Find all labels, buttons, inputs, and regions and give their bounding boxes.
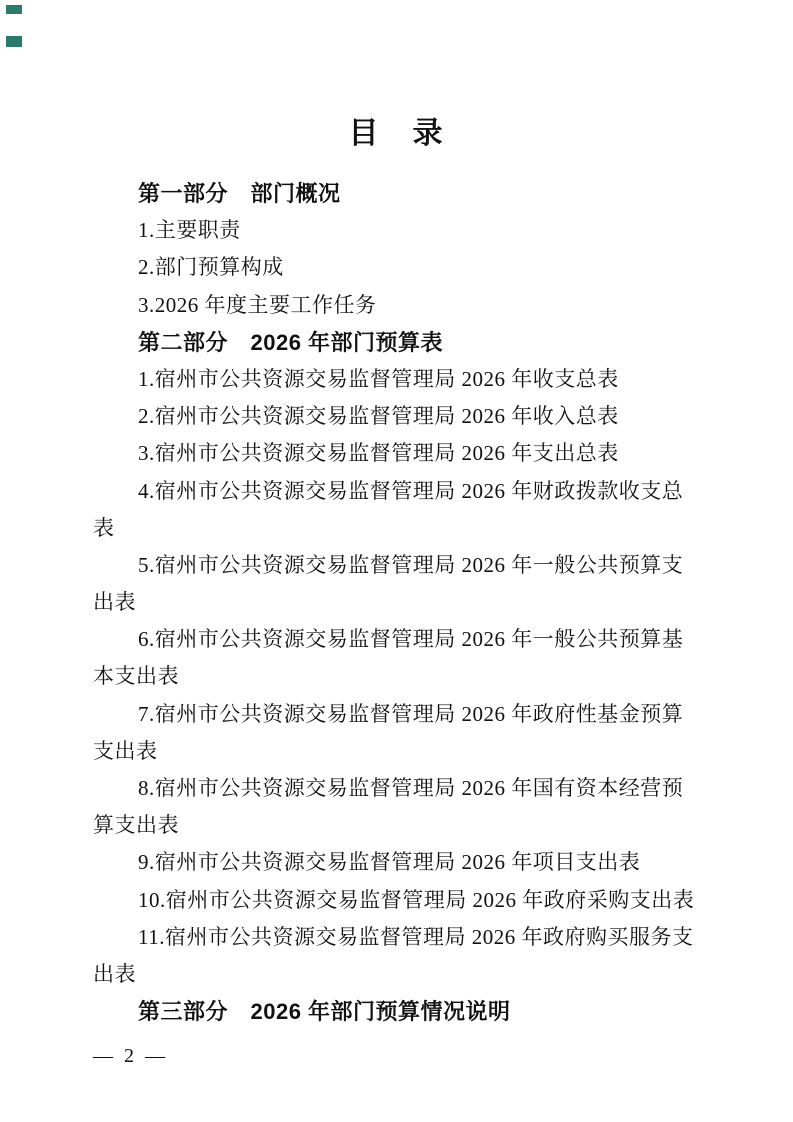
toc-content: 第一部分 部门概况 1.主要职责 2.部门预算构成 3.2026 年度主要工作任… [93,175,713,1030]
toc-entry-continuation: 算支出表 [93,807,713,844]
corner-mark [6,5,22,14]
toc-entry: 3.宿州市公共资源交易监督管理局 2026 年支出总表 [93,435,713,472]
toc-entry-continuation: 本支出表 [93,658,713,695]
toc-entry: 7.宿州市公共资源交易监督管理局 2026 年政府性基金预算 [93,696,713,733]
toc-section-heading: 第二部分 2026 年部门预算表 [93,324,713,361]
toc-entry-continuation: 表 [93,510,713,547]
toc-entry: 1.主要职责 [93,212,713,249]
toc-entry: 5.宿州市公共资源交易监督管理局 2026 年一般公共预算支 [93,547,713,584]
toc-section-heading: 第一部分 部门概况 [93,175,713,212]
corner-mark [6,36,22,47]
toc-entry: 2.宿州市公共资源交易监督管理局 2026 年收入总表 [93,398,713,435]
toc-entry-continuation: 出表 [93,956,713,993]
toc-entry: 9.宿州市公共资源交易监督管理局 2026 年项目支出表 [93,844,713,881]
page-number: — 2 — [93,1044,168,1068]
toc-entry: 10.宿州市公共资源交易监督管理局 2026 年政府采购支出表 [93,882,713,919]
toc-entry: 8.宿州市公共资源交易监督管理局 2026 年国有资本经营预 [93,770,713,807]
toc-entry: 11.宿州市公共资源交易监督管理局 2026 年政府购买服务支 [93,919,713,956]
toc-entry: 4.宿州市公共资源交易监督管理局 2026 年财政拨款收支总 [93,473,713,510]
toc-entry: 6.宿州市公共资源交易监督管理局 2026 年一般公共预算基 [93,621,713,658]
toc-entry-continuation: 支出表 [93,733,713,770]
document-title: 目 录 [0,119,793,149]
toc-entry: 2.部门预算构成 [93,249,713,286]
toc-entry-continuation: 出表 [93,584,713,621]
toc-section-heading: 第三部分 2026 年部门预算情况说明 [93,993,713,1030]
toc-entry: 3.2026 年度主要工作任务 [93,287,713,324]
toc-entry: 1.宿州市公共资源交易监督管理局 2026 年收支总表 [93,361,713,398]
